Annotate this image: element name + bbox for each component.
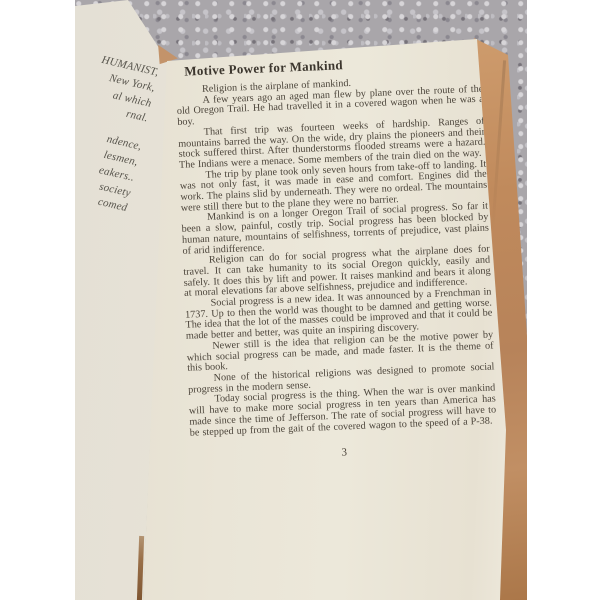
page-number: 3 bbox=[191, 441, 498, 465]
left-page-fragments: HUMANIST, New York, al which rnal. ndenc… bbox=[75, 8, 160, 218]
product-photo-canvas: HUMANIST, New York, al which rnal. ndenc… bbox=[0, 0, 600, 600]
page-text-block: Motive Power for Mankind Religion is the… bbox=[175, 52, 498, 465]
book-photo: HUMANIST, New York, al which rnal. ndenc… bbox=[75, 0, 527, 600]
